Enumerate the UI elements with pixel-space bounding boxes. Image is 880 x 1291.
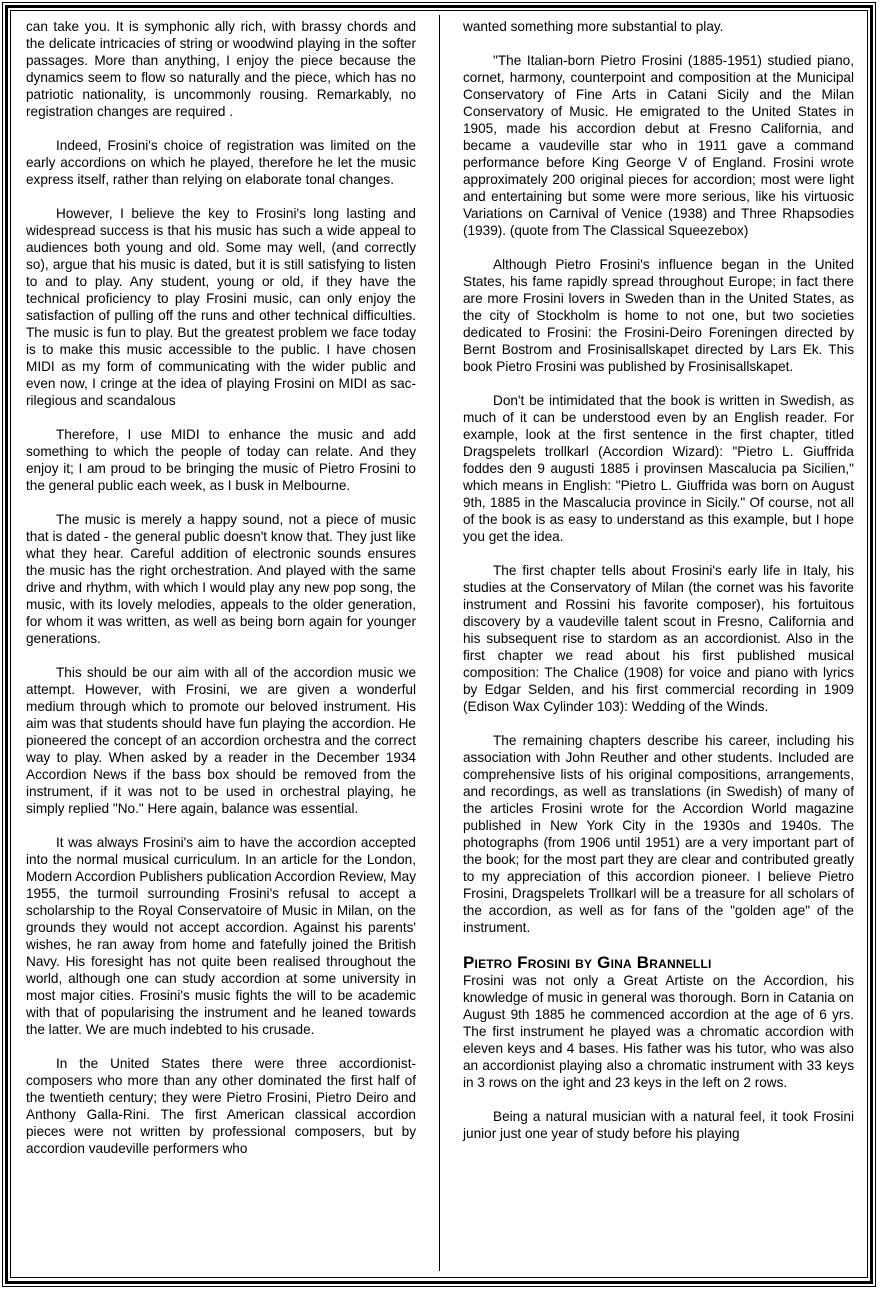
paragraph: The music is merely a happy sound, not a… bbox=[26, 511, 416, 647]
paragraph: Indeed, Frosini's choice of registration… bbox=[26, 137, 416, 188]
paragraph: Don't be intimidated that the book is wr… bbox=[463, 392, 854, 545]
left-column: can take you. It is symphonic ally rich,… bbox=[26, 18, 416, 1174]
paragraph: "The Italian-born Pietro Frosini (1885-1… bbox=[463, 52, 854, 239]
paragraph: Frosini was not only a Great Artiste on … bbox=[463, 972, 854, 1091]
section-heading: Pietro Frosini by Gina Brannelli bbox=[463, 953, 854, 972]
paragraph: It was always Frosini's aim to have the … bbox=[26, 834, 416, 1038]
paragraph: Therefore, I use MIDI to enhance the mus… bbox=[26, 426, 416, 494]
paragraph: The remaining chapters describe his care… bbox=[463, 732, 854, 936]
column-divider bbox=[439, 15, 440, 1271]
paragraph: However, I believe the key to Frosini's … bbox=[26, 205, 416, 409]
paragraph: Although Pietro Frosini's influence bega… bbox=[463, 256, 854, 375]
paragraph: wanted something more substantial to pla… bbox=[463, 18, 854, 35]
paragraph: can take you. It is symphonic ally rich,… bbox=[26, 18, 416, 120]
paragraph: The first chapter tells about Frosini's … bbox=[463, 562, 854, 715]
paragraph: This should be our aim with all of the a… bbox=[26, 664, 416, 817]
paragraph: Being a natural musician with a natural … bbox=[463, 1108, 854, 1142]
right-column: wanted something more substantial to pla… bbox=[463, 18, 854, 1159]
paragraph: In the United States there were three ac… bbox=[26, 1055, 416, 1157]
